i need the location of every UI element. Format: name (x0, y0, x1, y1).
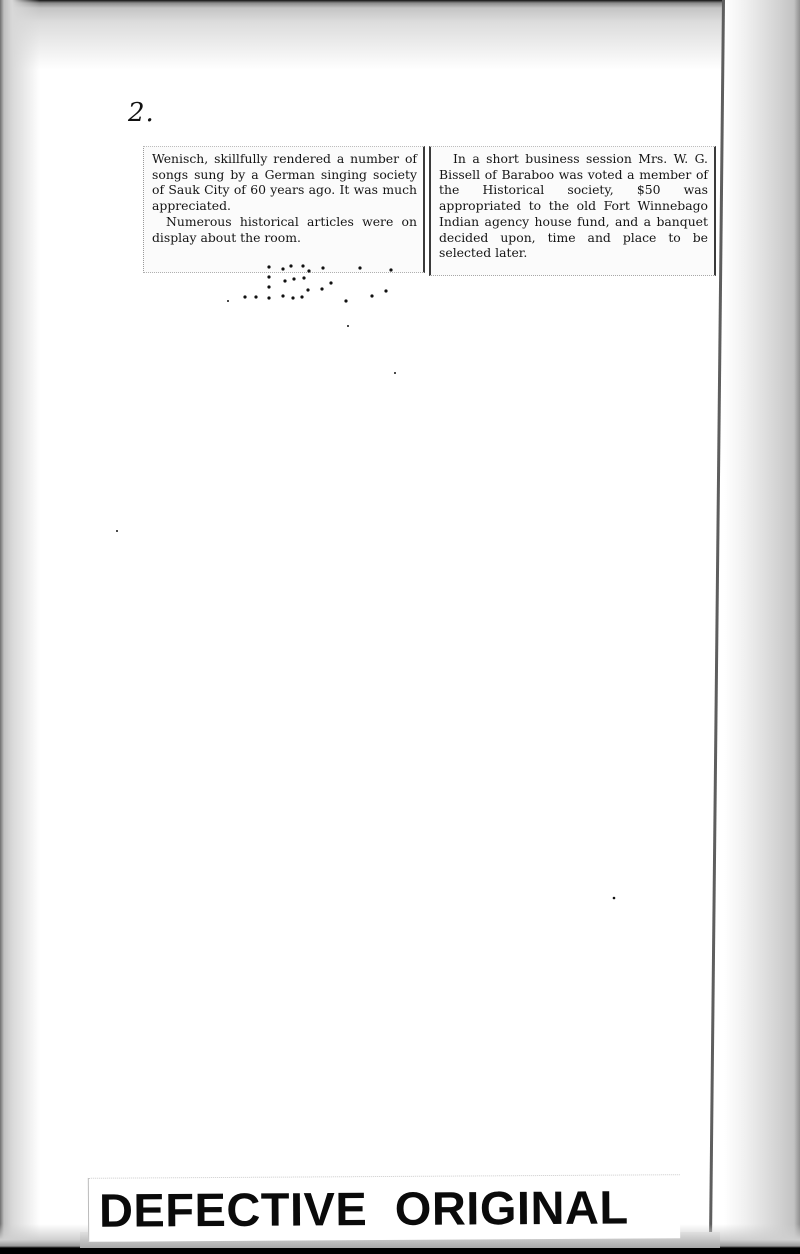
newspaper-clipping-right: In a short business session Mrs. W. G. B… (429, 146, 716, 276)
handwritten-page-number: 2. (128, 98, 155, 128)
scanned-page: 2. Wenisch, skillfully rendered a number… (0, 0, 800, 1254)
clipping-paragraph: Wenisch, skillfully rendered a number of… (152, 151, 417, 214)
newspaper-clipping-left: Wenisch, skillfully rendered a number of… (143, 146, 425, 273)
scan-edge-shadow-left (0, 0, 40, 1254)
clipping-paragraph: In a short business session Mrs. W. G. B… (439, 151, 708, 261)
scan-edge-shadow-top (0, 0, 800, 70)
defective-original-stamp: DEFECTIVE ORIGINAL (88, 1174, 680, 1242)
page-margin-strip (724, 0, 800, 1254)
clipping-paragraph: Numerous historical articles were on dis… (152, 214, 417, 245)
